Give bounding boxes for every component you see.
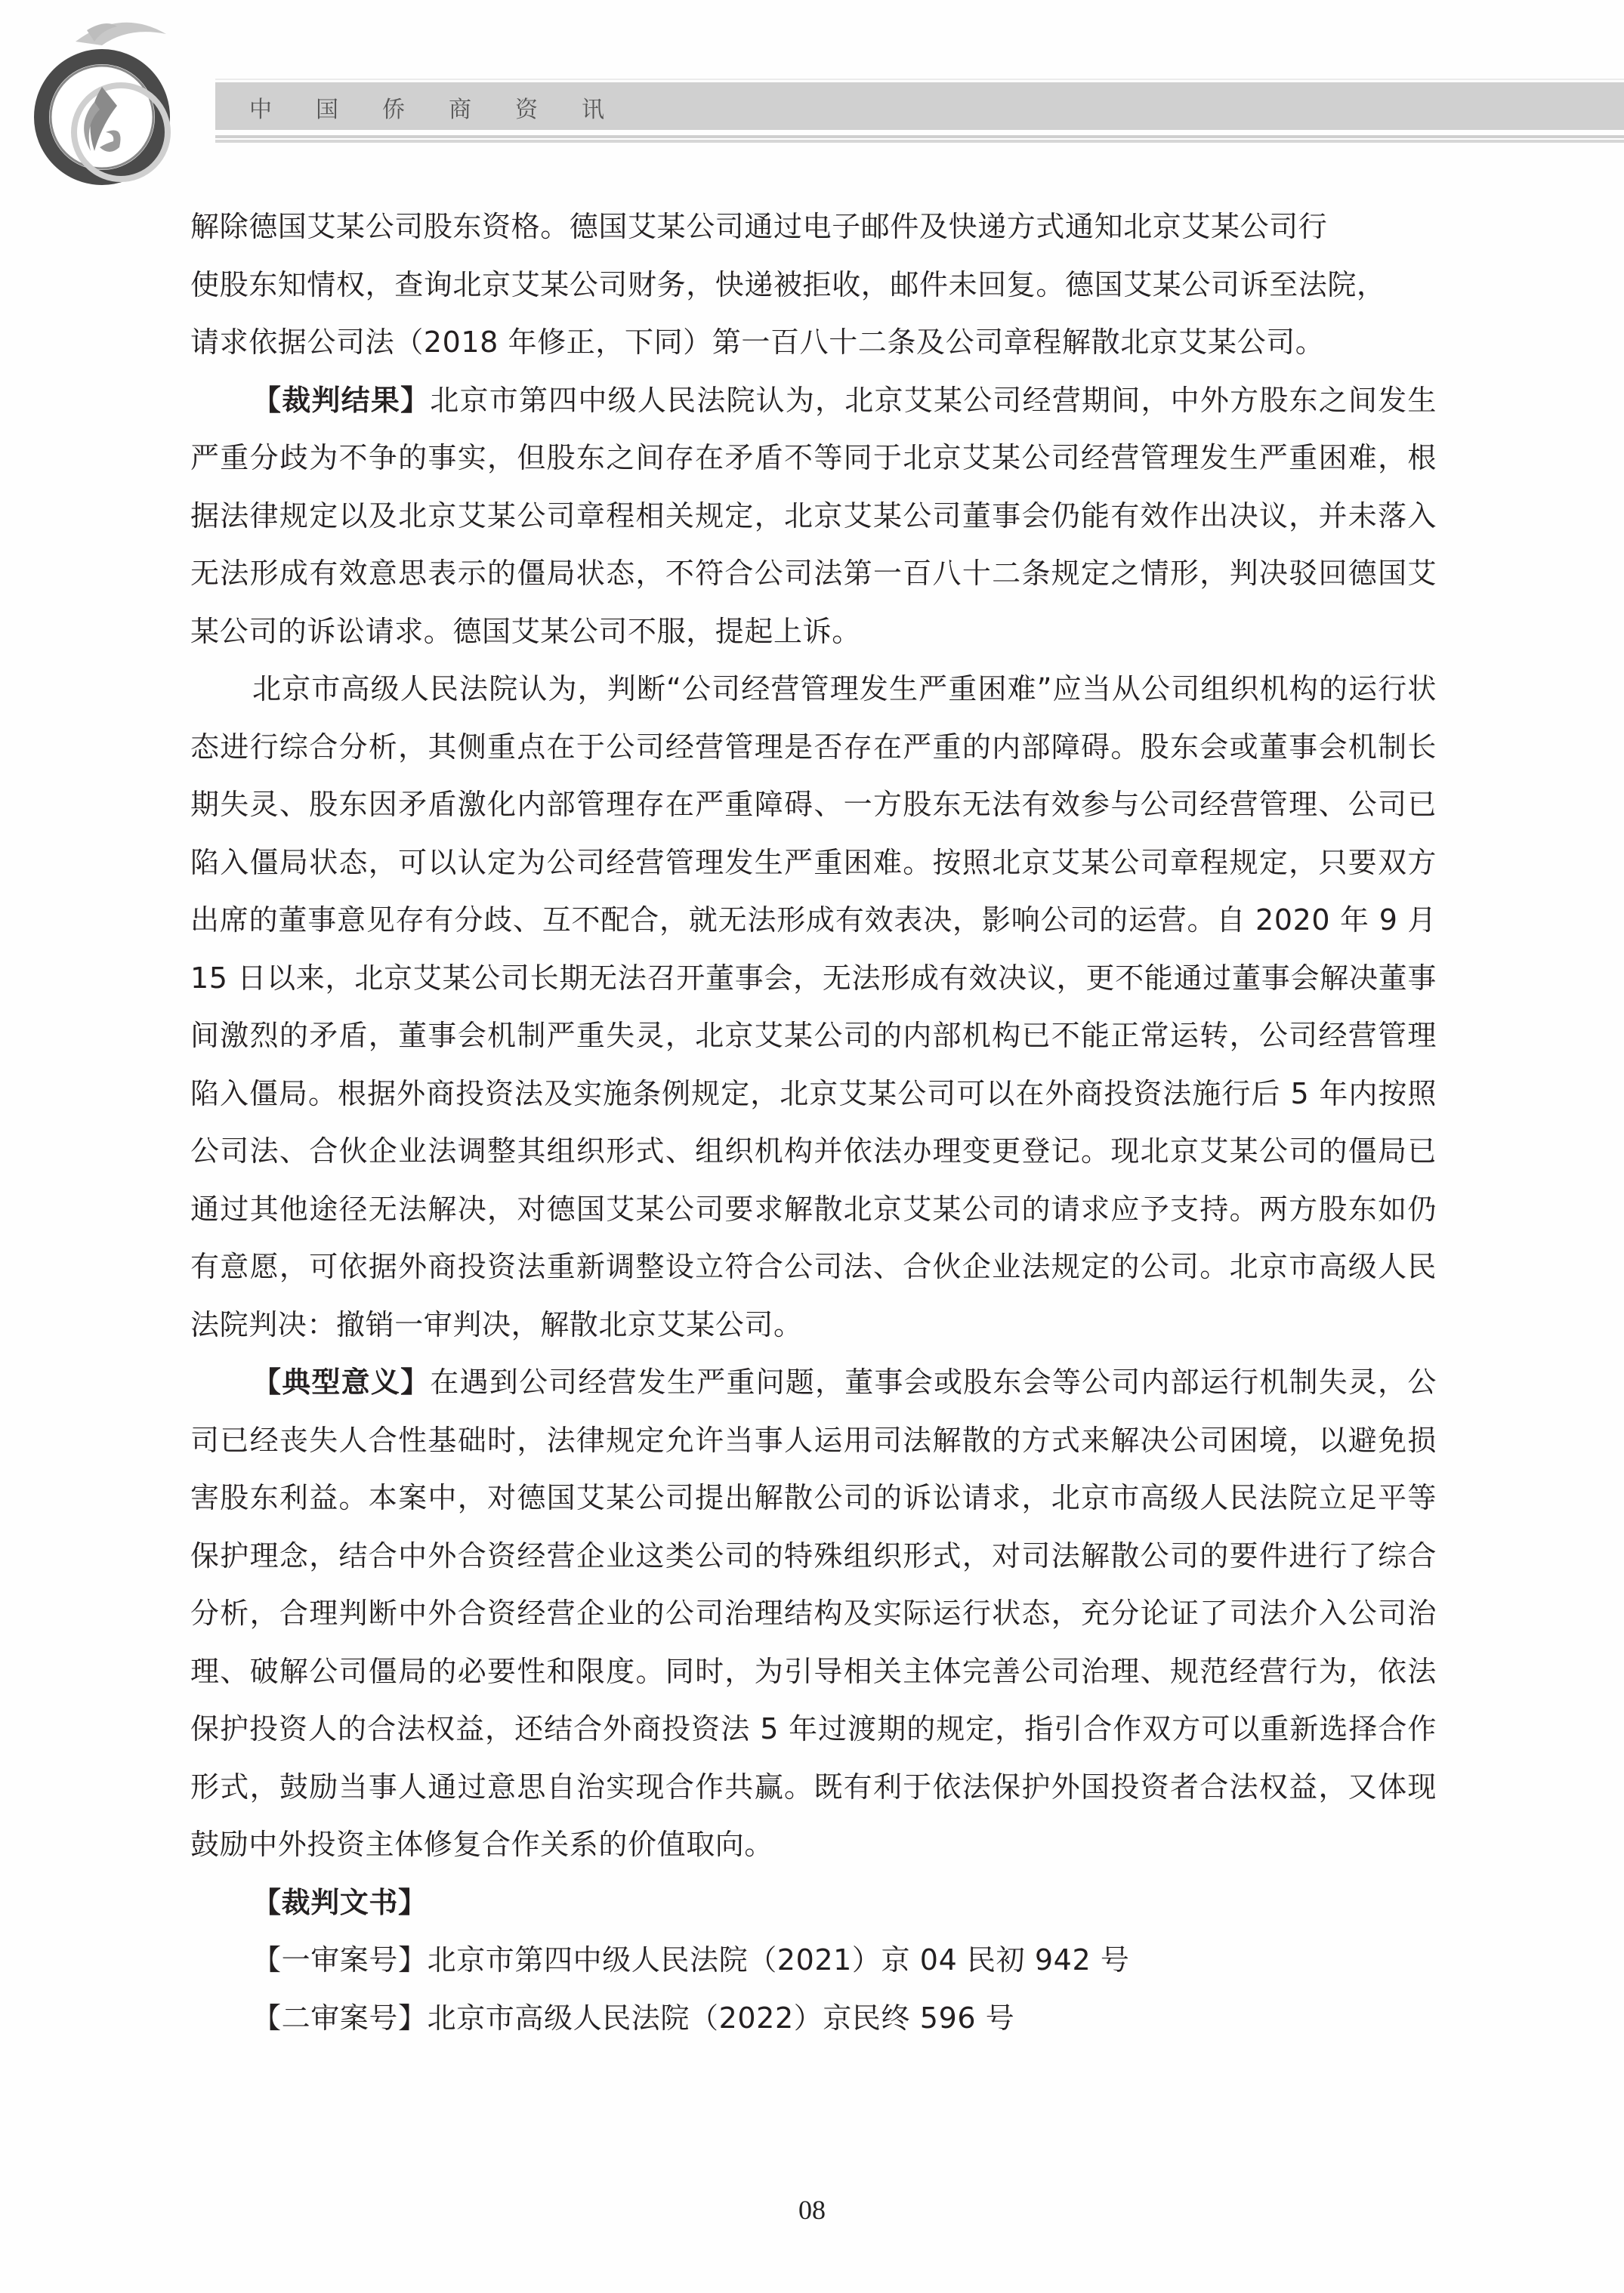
title-char: 国 <box>316 91 338 124</box>
title-char: 讯 <box>582 91 604 124</box>
article-body: 解除德国艾某公司股东资格。德国艾某公司通过电子邮件及快递方式通知北京艾某公司行 … <box>190 198 1437 2047</box>
title-char: 侨 <box>382 91 405 124</box>
appeal-paragraph: 北京市高级人民法院认为，判断“公司经营管理发生严重困难”应当从公司组织机构的运行… <box>190 660 1437 1353</box>
header-rule <box>215 135 1624 138</box>
publication-title: 中 国 侨 商 资 讯 <box>249 91 604 124</box>
documents-heading: 【裁判文书】 <box>190 1874 1437 1932</box>
text-line: 请求依据公司法（2018 年修正，下同）第一百八十二条及公司章程解散北京艾某公司… <box>190 313 1437 372</box>
ruling-text: 北京市第四中级人民法院认为，北京艾某公司经营期间，中外方股东之间发生严重分歧为不… <box>190 384 1437 648</box>
significance-paragraph: 【典型意义】在遇到公司经营发生严重问题，董事会或股东会等公司内部运行机制失灵，公… <box>190 1353 1437 1874</box>
header-rule <box>215 140 1624 143</box>
title-char: 中 <box>249 91 272 124</box>
ruling-paragraph: 【裁判结果】北京市第四中级人民法院认为，北京艾某公司经营期间，中外方股东之间发生… <box>190 372 1437 661</box>
page-header: 中 国 侨 商 资 讯 <box>0 0 1624 196</box>
page-number: 08 <box>0 2194 1624 2226</box>
title-char: 资 <box>515 91 538 124</box>
first-instance-label: 【一审案号】 <box>252 1943 428 1977</box>
federation-logo-icon <box>30 11 211 185</box>
case-facts-continuation: 解除德国艾某公司股东资格。德国艾某公司通过电子邮件及快递方式通知北京艾某公司行 … <box>190 198 1437 372</box>
second-instance-label: 【二审案号】 <box>252 2001 428 2035</box>
title-char: 商 <box>449 91 471 124</box>
header-rule <box>215 79 1624 80</box>
second-instance-case-number: 【二审案号】北京市高级人民法院（2022）京民终 596 号 <box>190 1989 1437 2048</box>
second-instance-value: 北京市高级人民法院（2022）京民终 596 号 <box>428 2001 1015 2035</box>
first-instance-value: 北京市第四中级人民法院（2021）京 04 民初 942 号 <box>428 1943 1130 1977</box>
significance-text: 在遇到公司经营发生严重问题，董事会或股东会等公司内部运行机制失灵，公司已经丧失人… <box>190 1366 1437 1861</box>
ruling-label: 【裁判结果】 <box>252 384 430 417</box>
first-instance-case-number: 【一审案号】北京市第四中级人民法院（2021）京 04 民初 942 号 <box>190 1931 1437 1989</box>
text-line: 解除德国艾某公司股东资格。德国艾某公司通过电子邮件及快递方式通知北京艾某公司行 <box>190 198 1437 256</box>
text-line: 使股东知情权，查询北京艾某公司财务，快递被拒收，邮件未回复。德国艾某公司诉至法院… <box>190 256 1437 314</box>
significance-label: 【典型意义】 <box>252 1366 430 1399</box>
